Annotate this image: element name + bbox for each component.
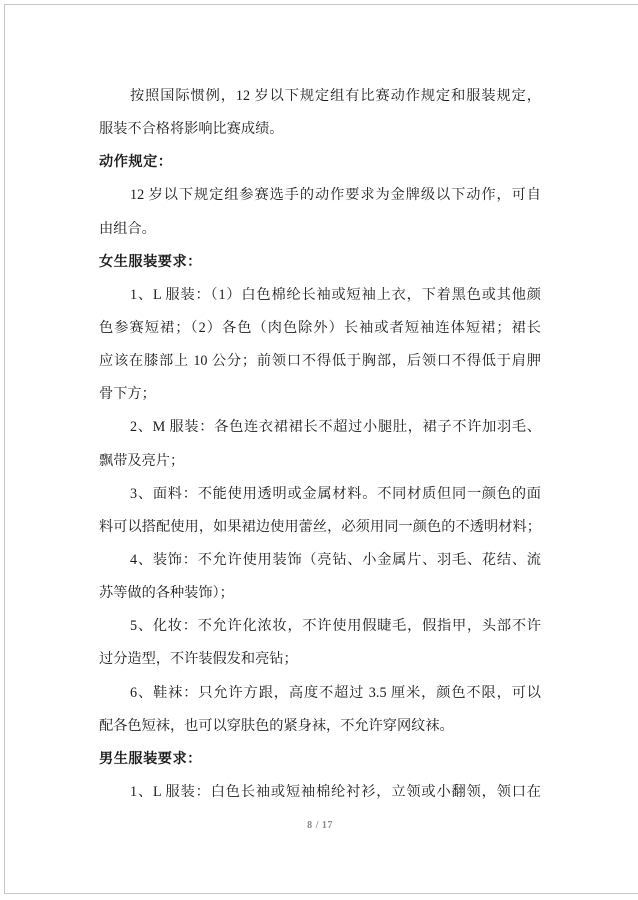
body-text-line: 应该在膝部上 10 公分；前领口不得低于胸部，后领口不得低于肩胛	[99, 345, 541, 378]
body-text-line: 2、M 服装：各色连衣裙裙长不超过小腿肚，裙子不许加羽毛、	[99, 411, 541, 444]
body-text-line: 色参赛短裙；（2）各色（肉色除外）长袖或者短袖连体短裙；裙长	[99, 312, 541, 345]
body-text-line: 飘带及亮片；	[99, 445, 541, 478]
body-text-line: 4、装饰：不允许使用装饰（亮钻、小金属片、羽毛、花结、流	[99, 544, 541, 577]
document-page: 按照国际惯例，12 岁以下规定组有比赛动作规定和服装规定，服装不合格将影响比赛成…	[4, 4, 638, 894]
body-text-line: 骨下方；	[99, 378, 541, 411]
body-text-line: 料可以搭配使用，如果裙边使用蕾丝，必须用同一颜色的不透明材料；	[99, 511, 541, 544]
heading-line: 动作规定：	[99, 146, 541, 179]
body-text-line: 由组合。	[99, 213, 541, 246]
body-text-line: 按照国际惯例，12 岁以下规定组有比赛动作规定和服装规定，	[99, 80, 541, 113]
body-text-line: 12 岁以下规定组参赛选手的动作要求为金牌级以下动作，可自	[99, 179, 541, 212]
body-text-line: 6、鞋袜：只允许方跟，高度不超过 3.5 厘米，颜色不限，可以	[99, 677, 541, 710]
body-text-line: 3、面料：不能使用透明或金属材料。不同材质但同一颜色的面	[99, 478, 541, 511]
page-number: 8 / 17	[99, 819, 541, 833]
body-text-line: 服装不合格将影响比赛成绩。	[99, 113, 541, 146]
body-text-line: 1、L 服装：（1）白色棉纶长袖或短袖上衣，下着黑色或其他颜	[99, 279, 541, 312]
document-viewport: 按照国际惯例，12 岁以下规定组有比赛动作规定和服装规定，服装不合格将影响比赛成…	[0, 0, 638, 900]
body-text-line: 5、化妆：不允许化浓妆，不许使用假睫毛，假指甲，头部不许	[99, 610, 541, 643]
body-text-line: 过分造型，不许装假发和亮钻；	[99, 643, 541, 676]
document-body: 按照国际惯例，12 岁以下规定组有比赛动作规定和服装规定，服装不合格将影响比赛成…	[99, 80, 541, 833]
heading-line: 男生服装要求：	[99, 743, 541, 776]
heading-line: 女生服装要求：	[99, 246, 541, 279]
body-text-line: 1、L 服装：白色长袖或短袖棉纶衬衫，立领或小翻领，领口在	[99, 776, 541, 809]
body-text-line: 配各色短袜，也可以穿肤色的紧身袜，不允许穿网纹袜。	[99, 710, 541, 743]
body-text-line: 苏等做的各种装饰）；	[99, 577, 541, 610]
